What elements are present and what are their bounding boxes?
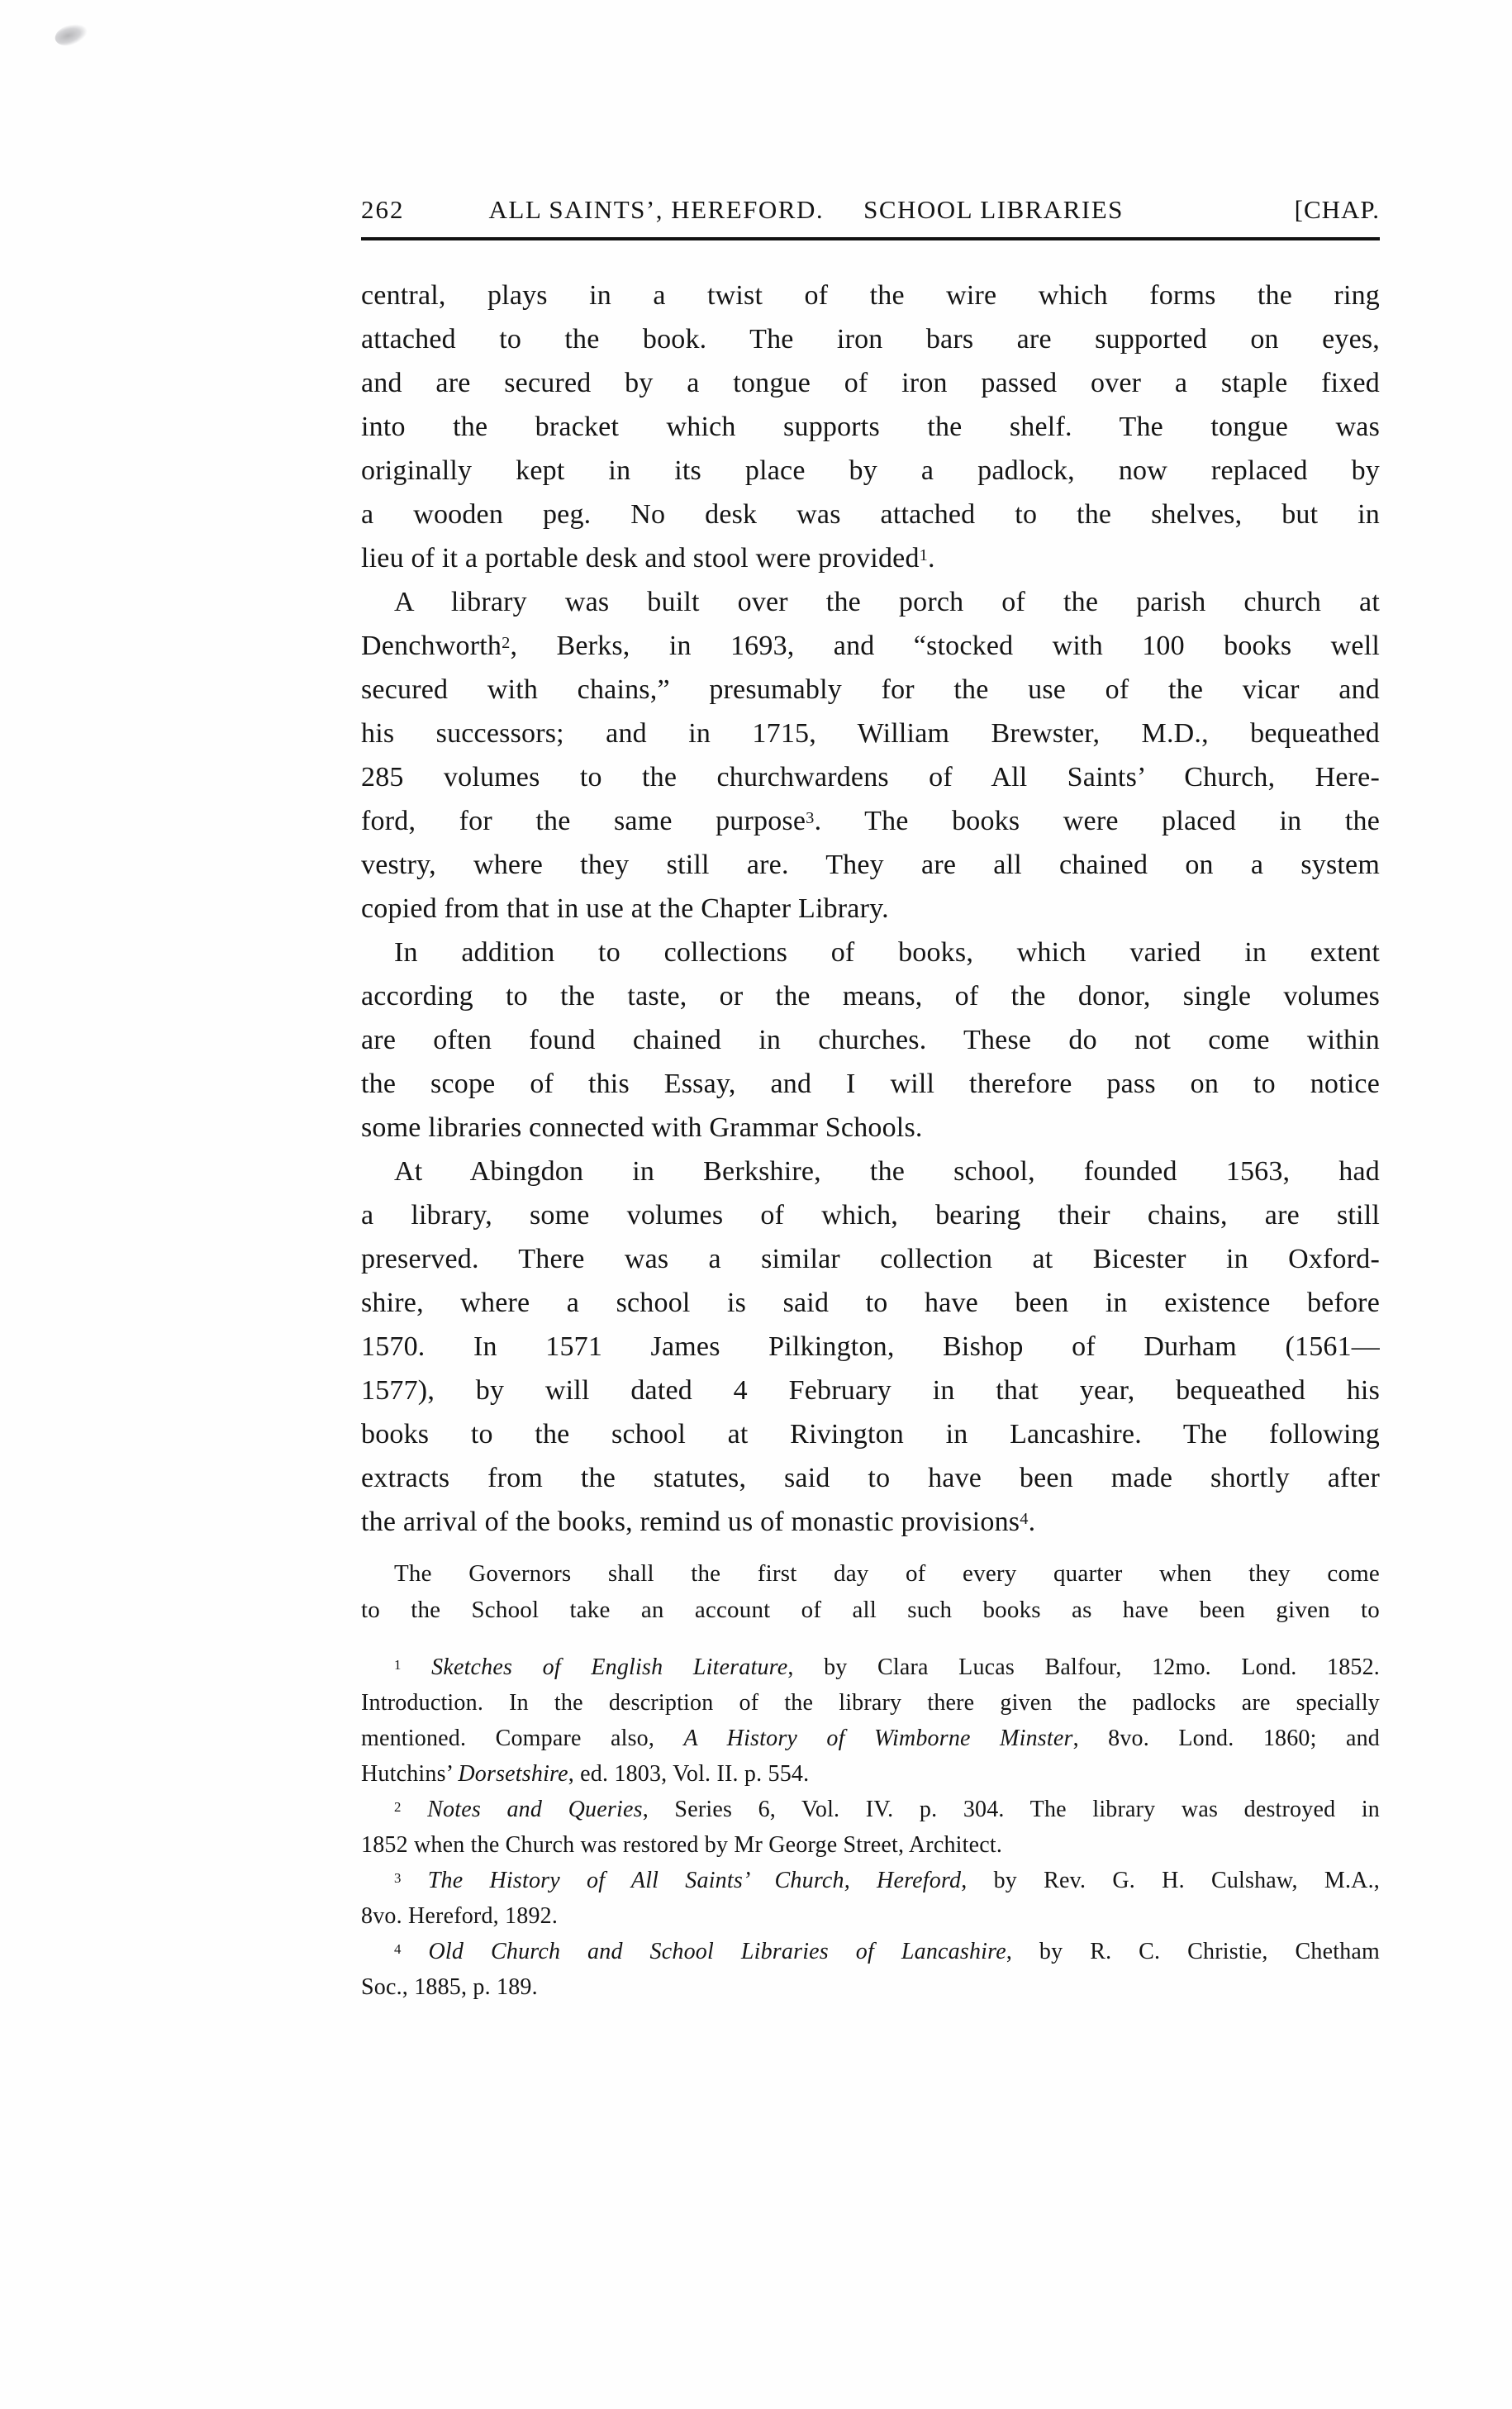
text-line: books to the school at Rivington in Lanc… [361,1412,1380,1456]
footnote-paragraph: 1 Sketches of English Literature, by Cla… [361,1650,1380,1792]
text-line: Denchworth2, Berks, in 1693, and “stocke… [361,624,1380,668]
text-line: are often found chained in churches. The… [361,1018,1380,1062]
text-line: At Abingdon in Berkshire, the school, fo… [361,1150,1380,1193]
text-line: mentioned. Compare also, A History of Wi… [361,1721,1380,1756]
text-line: lieu of it a portable desk and stool wer… [361,536,1380,580]
text-line: 8vo. Hereford, 1892. [361,1898,1380,1934]
text-line: A library was built over the porch of th… [361,580,1380,624]
text-line: extracts from the statutes, said to have… [361,1456,1380,1500]
text-line: Soc., 1885, p. 189. [361,1969,1380,2005]
paragraph: In addition to collections of books, whi… [361,931,1380,1150]
text-line: central, plays in a twist of the wire wh… [361,274,1380,317]
running-header: 262 ALL SAINTS’, HEREFORD. SCHOOL LIBRAR… [361,195,1380,225]
text-line: 3 The History of All Saints’ Church, Her… [361,1863,1380,1898]
text-line: into the bracket which supports the shel… [361,405,1380,449]
text-line: the arrival of the books, remind us of m… [361,1500,1380,1544]
text-line: 1577), by will dated 4 February in that … [361,1369,1380,1412]
footnote-paragraph: 4 Old Church and School Libraries of Lan… [361,1934,1380,2005]
text-line: shire, where a school is said to have be… [361,1281,1380,1325]
text-line: according to the taste, or the means, of… [361,974,1380,1018]
running-title: ALL SAINTS’, HEREFORD. [489,195,825,225]
text-line: 285 volumes to the churchwardens of All … [361,755,1380,799]
text-line: a wooden peg. No desk was attached to th… [361,493,1380,536]
text-line: 1852 when the Church was restored by Mr … [361,1827,1380,1863]
text-line: 1570. In 1571 James Pilkington, Bishop o… [361,1325,1380,1369]
chapter-marker: [CHAP. [1295,195,1380,225]
text-line: In addition to collections of books, whi… [361,931,1380,974]
text-line: some libraries connected with Grammar Sc… [361,1106,1380,1150]
text-line: Introduction. In the description of the … [361,1685,1380,1721]
text-line: attached to the book. The iron bars are … [361,317,1380,361]
text-line: to the School take an account of all suc… [361,1592,1380,1628]
paragraph: central, plays in a twist of the wire wh… [361,274,1380,580]
text-line: and are secured by a tongue of iron pass… [361,361,1380,405]
text-line: the scope of this Essay, and I will ther… [361,1062,1380,1106]
page-content: 262 ALL SAINTS’, HEREFORD. SCHOOL LIBRAR… [361,195,1380,2005]
footnotes: 1 Sketches of English Literature, by Cla… [361,1650,1380,2005]
text-line: his successors; and in 1715, William Bre… [361,712,1380,755]
text-line: vestry, where they still are. They are a… [361,843,1380,887]
paragraph: A library was built over the porch of th… [361,580,1380,931]
body-text: central, plays in a twist of the wire wh… [361,274,1380,1628]
footnote-paragraph: 2 Notes and Queries, Series 6, Vol. IV. … [361,1792,1380,1863]
text-line: 4 Old Church and School Libraries of Lan… [361,1934,1380,1969]
footnote-paragraph: 3 The History of All Saints’ Church, Her… [361,1863,1380,1934]
section-title: SCHOOL LIBRARIES [863,195,1124,225]
text-line: Hutchins’ Dorsetshire, ed. 1803, Vol. II… [361,1756,1380,1792]
text-line: 2 Notes and Queries, Series 6, Vol. IV. … [361,1792,1380,1827]
paragraph: The Governors shall the first day of eve… [361,1555,1380,1628]
header-rule [361,237,1380,240]
text-line: The Governors shall the first day of eve… [361,1555,1380,1592]
paragraph: At Abingdon in Berkshire, the school, fo… [361,1150,1380,1544]
scan-smudge-artifact [52,20,89,49]
book-page-scan: 262 ALL SAINTS’, HEREFORD. SCHOOL LIBRAR… [0,0,1512,2409]
text-line: preserved. There was a similar collectio… [361,1237,1380,1281]
text-line: 1 Sketches of English Literature, by Cla… [361,1650,1380,1685]
page-number: 262 [361,195,405,225]
text-line: ford, for the same purpose3. The books w… [361,799,1380,843]
text-line: copied from that in use at the Chapter L… [361,887,1380,931]
text-line: a library, some volumes of which, bearin… [361,1193,1380,1237]
text-line: secured with chains,” presumably for the… [361,668,1380,712]
text-line: originally kept in its place by a padloc… [361,449,1380,493]
